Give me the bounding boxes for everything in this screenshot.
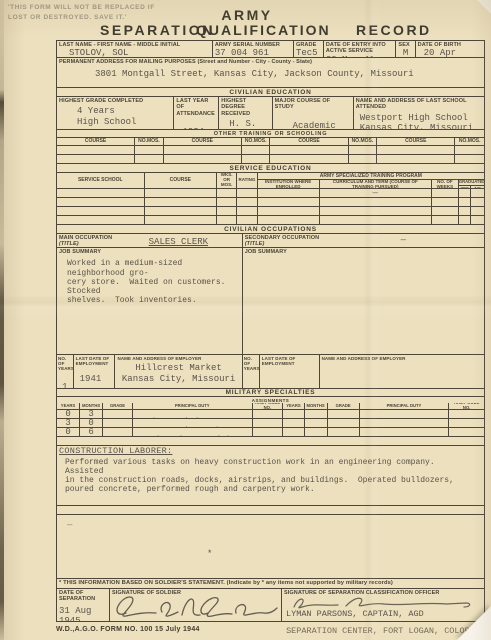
paper-fold-bottom-right <box>457 606 491 640</box>
empty-cell <box>449 428 484 436</box>
astp-yes-label: YES <box>460 187 468 188</box>
empty-cell <box>217 189 237 197</box>
highest-grade-value: 4 Years High School <box>59 104 171 127</box>
empty-cell <box>360 428 450 436</box>
empty-cell <box>164 146 242 154</box>
separation-date-cell: DATE OF SEPARATION 31 Aug 1945 <box>57 589 110 621</box>
title-qualification: QUALIFICATION <box>196 22 331 38</box>
employment-row: NO. OF YEARS 1 LAST DATE OF EMPLOYMENT 1… <box>57 355 484 389</box>
specialty-row-1: 0 3 Pvt Basic Training 521 <box>57 410 484 419</box>
employment-years-cell-left: NO. OF YEARS 1 <box>57 355 74 388</box>
main-job-summary-text: Worked in a medium-sized neighborhood gr… <box>59 255 240 305</box>
empty-cell <box>328 419 360 427</box>
service-education-row-4 <box>57 216 484 225</box>
empty-cell <box>349 146 378 154</box>
spec3-duty: Truck Driver, Light <box>135 435 238 436</box>
spec3-grade: Tec5 <box>105 435 127 436</box>
section-civilian-occupations: CIVILIAN OCCUPATIONS <box>57 225 484 234</box>
scan-edge-shadow <box>0 0 4 640</box>
empty-cell <box>432 207 459 215</box>
empty-cell <box>328 410 360 418</box>
form-number: W.D.,A.G.O. FORM NO. 100 15 July 1944 <box>56 626 200 633</box>
empty-cell <box>145 216 218 224</box>
empty-cell <box>164 155 242 163</box>
spec-years-label-r: YEARS <box>286 404 300 409</box>
last-school-value: Westport High School Kansas City, Missou… <box>356 111 482 129</box>
summary-conversions-label-row: SUMMARY OF MILITARY OCCUPATION AND CIVIL… <box>57 506 484 515</box>
officer-signature-cell: SIGNATURE OF SEPARATION CLASSIFICATION O… <box>282 589 484 621</box>
empty-cell <box>455 155 484 163</box>
service-education-row-1: — — <box>57 189 484 198</box>
specialty-row-2: 3 0 Tec5 Construction Laborer 188 <box>57 419 484 428</box>
svc-school-label: SERVICE SCHOOL <box>78 178 123 184</box>
spec2-duty: Construction Laborer <box>135 426 243 427</box>
ot-course-label-3: COURSE <box>298 139 319 145</box>
name-cell: LAST NAME - FIRST NAME - MIDDLE INITIAL … <box>57 41 213 57</box>
degree-value: H. S. Diploma <box>221 117 269 129</box>
empty-cell <box>432 198 459 206</box>
empty-cell <box>57 155 135 163</box>
degree-cell: HIGHEST DEGREE RECEIVED H. S. Diploma <box>219 97 272 129</box>
empty-cell <box>258 216 320 224</box>
empty-cell <box>432 189 459 197</box>
main-job-summary-cell: JOB SUMMARY Worked in a medium-sized nei… <box>57 248 243 354</box>
secondary-occupation-title-paren: (TITLE) <box>245 241 265 247</box>
secondary-occupation-value: — <box>325 235 482 246</box>
spec-code-label-l: ARMY CODE NO. <box>255 403 281 409</box>
major-course-label: MAJOR COURSE OF STUDY <box>275 98 351 111</box>
summary-military-body-row: CONSTRUCTION LABORER: Performed various … <box>57 446 484 506</box>
empty-cell <box>459 216 472 224</box>
section-civilian-education: CIVILIAN EDUCATION <box>57 88 484 97</box>
empty-cell <box>459 189 472 197</box>
empty-cell <box>305 410 328 418</box>
footnote-text: * THIS INFORMATION BASED ON SOLDIER'S ST… <box>59 580 393 587</box>
empty-cell <box>283 410 304 418</box>
astp-header-cell: ARMY SPECIALIZED TRAINING PROGRAM INSTIT… <box>258 173 484 188</box>
ot-mos-label-4: NO.MOS. <box>459 139 481 145</box>
footnote-row: * THIS INFORMATION BASED ON SOLDIER'S ST… <box>57 579 484 589</box>
empty-cell <box>471 198 484 206</box>
employment-date-cell-right: LAST DATE OF EMPLOYMENT <box>260 355 320 388</box>
empty-cell <box>145 189 218 197</box>
spec-months-label-l: MONTHS <box>82 404 100 409</box>
empty-cell <box>349 155 378 163</box>
ot-mos-label-3: NO.MOS. <box>352 139 374 145</box>
sex-value: M <box>398 48 412 57</box>
empty-cell <box>135 155 164 163</box>
empty-cell <box>320 216 432 224</box>
summary-military-label-row: SUMMARY OF MILITARY OCCUPATION AND CIVIL… <box>57 437 484 446</box>
empty-cell <box>258 189 320 197</box>
sex-cell: SEX M <box>396 41 415 57</box>
birth-date-cell: DATE OF BIRTH 20 Apr 1917 <box>416 41 484 57</box>
empty-cell <box>283 428 304 436</box>
degree-label: HIGHEST DEGREE RECEIVED <box>221 98 269 117</box>
secondary-occupation-label: SECONDARY OCCUPATION <box>245 235 320 241</box>
empty-cell <box>258 207 320 215</box>
job-summary-row: JOB SUMMARY Worked in a medium-sized nei… <box>57 248 484 355</box>
major-course-cell: MAJOR COURSE OF STUDY Academic <box>273 97 354 129</box>
specialties-header: YEARS MONTHS GRADE PRINCIPAL DUTY ARMY C… <box>57 403 484 410</box>
astp-graduated-cell: GRADUATED YES NO <box>459 180 484 188</box>
employment-date-label-left: LAST DATE OF EMPLOYMENT <box>76 356 113 366</box>
empty-cell <box>135 146 164 154</box>
spec1-years: 0 <box>65 410 70 418</box>
grade-value: Tec5 <box>296 48 321 57</box>
main-occupation-label: MAIN OCCUPATION <box>59 235 112 241</box>
empty-cell <box>459 207 472 215</box>
empty-cell <box>305 419 328 427</box>
empty-cell <box>237 198 257 206</box>
empty-cell <box>471 189 484 197</box>
spec-code-label-r: ARMY CODE NO. <box>451 403 482 409</box>
empty-cell <box>320 198 432 206</box>
empty-cell <box>237 216 257 224</box>
title-army: ARMY <box>197 7 297 23</box>
service-education-row-2 <box>57 198 484 207</box>
employment-years-label-right: NO. OF YEARS <box>244 356 258 372</box>
serial-cell: ARMY SERIAL NUMBER 37 004 961 <box>213 41 294 57</box>
address-value: 3801 Montgall Street, Kansas City, Jacks… <box>59 65 482 79</box>
employment-date-cell-left: LAST DATE OF EMPLOYMENT 1941 <box>74 355 116 388</box>
empty-cell <box>449 419 484 427</box>
address-cell: PERMANENT ADDRESS FOR MAILING PURPOSES (… <box>57 58 484 87</box>
secondary-job-summary-label: JOB SUMMARY <box>245 249 482 255</box>
spec2-grade: Tec5 <box>105 426 127 427</box>
officer-signature-label: SIGNATURE OF SEPARATION CLASSIFICATION O… <box>284 590 482 596</box>
last-year-label: LAST YEAR OF ATTENDANCE <box>176 98 216 117</box>
employment-years-cell-right: NO. OF YEARS <box>243 355 260 388</box>
last-school-label: NAME AND ADDRESS OF LAST SCHOOL ATTENDED <box>356 98 482 111</box>
svc-school-dash: — <box>59 196 64 197</box>
occupation-title-row: MAIN OCCUPATION (TITLE) SALES CLERK SECO… <box>57 234 484 248</box>
stamp-line1: 'THIS FORM WILL NOT BE REPLACED IF <box>8 3 155 13</box>
svc-rating-label: RATING <box>238 178 255 183</box>
ot-course-label-2: COURSE <box>192 139 213 145</box>
entry-date-label: DATE OF ENTRY INTO ACTIVE SERVICE <box>326 42 394 55</box>
grade-cell: GRADE Tec5 <box>294 41 324 57</box>
summary-military-heading: CONSTRUCTION LABORER: <box>59 447 482 457</box>
spec3-years: 0 <box>65 428 70 436</box>
specialty-row-3: 0 6 Tec5 Truck Driver, Light 345 <box>57 428 484 437</box>
form-body: LAST NAME - FIRST NAME - MIDDLE INITIAL … <box>56 40 485 622</box>
empty-cell <box>449 410 484 418</box>
title-record: RECORD <box>356 22 432 38</box>
spec-months-label-r: MONTHS <box>307 404 325 409</box>
service-education-row-3 <box>57 207 484 216</box>
employment-date-value: 1941 <box>76 366 113 384</box>
ot-course-label-4: COURSE <box>405 139 426 145</box>
other-training-row-1: — <box>57 146 484 155</box>
identity-row: LAST NAME - FIRST NAME - MIDDLE INITIAL … <box>57 41 484 58</box>
spec-grade-label-r: GRADE <box>336 404 351 409</box>
empty-cell <box>242 146 271 154</box>
empty-cell <box>145 198 218 206</box>
summary-military-text: Performed various tasks on heavy constru… <box>59 457 482 495</box>
empty-cell <box>145 207 218 215</box>
secondary-job-summary-cell: JOB SUMMARY <box>243 248 484 354</box>
ot-mos-label-2: NO.MOS. <box>245 139 267 145</box>
main-occupation-title-paren: (TITLE) <box>59 241 79 247</box>
empty-cell <box>57 198 145 206</box>
empty-cell <box>283 419 304 427</box>
separation-date-label: DATE OF SEPARATION <box>59 590 107 603</box>
other-training-header: COURSE NO.MOS. COURSE NO.MOS. COURSE NO.… <box>57 138 484 146</box>
last-year-value: 1934 <box>176 117 216 129</box>
employment-years-label-left: NO. OF YEARS <box>58 356 72 372</box>
spec2-months: 0 <box>88 419 93 427</box>
empty-cell <box>328 428 360 436</box>
astp-weeks-label: NO. OF WEEKS <box>434 180 456 188</box>
employment-employer-cell-right: NAME AND ADDRESS OF EMPLOYER <box>320 355 484 388</box>
astp-title: ARMY SPECIALIZED TRAINING PROGRAM <box>258 173 484 180</box>
empty-cell <box>270 155 348 163</box>
soldier-signature-cell: SIGNATURE OF SOLDIER <box>110 589 282 621</box>
empty-cell <box>270 146 348 154</box>
last-school-cell: NAME AND ADDRESS OF LAST SCHOOL ATTENDED… <box>354 97 484 129</box>
ot-course-label-1: COURSE <box>85 139 106 145</box>
address-row: PERMANENT ADDRESS FOR MAILING PURPOSES (… <box>57 58 484 88</box>
separation-center-line: SEPARATION CENTER, FORT LOGAN, COLORADO <box>286 626 485 636</box>
empty-cell <box>432 216 459 224</box>
service-education-header: SERVICE SCHOOL COURSE WKS. OR MOS. RATIN… <box>57 173 484 189</box>
empty-cell <box>471 216 484 224</box>
soldier-signature-label: SIGNATURE OF SOLDIER <box>112 590 279 596</box>
empty-cell <box>57 207 145 215</box>
secondary-occupation-cell: SECONDARY OCCUPATION (TITLE) — <box>243 234 484 247</box>
birth-date-value: 20 Apr 1917 <box>418 48 482 57</box>
spec1-grade: Pvt <box>105 417 121 418</box>
signature-row: DATE OF SEPARATION 31 Aug 1945 SIGNATURE… <box>57 589 484 621</box>
last-year-cell: LAST YEAR OF ATTENDANCE 1934 <box>174 97 219 129</box>
empty-cell <box>305 428 328 436</box>
empty-cell <box>360 410 450 418</box>
scanned-form-page: 'THIS FORM WILL NOT BE REPLACED IF LOST … <box>0 0 491 640</box>
education-row: HIGHEST GRADE COMPLETED 4 Years High Sch… <box>57 97 484 130</box>
section-other-training: OTHER TRAINING OR SCHOOLING <box>57 130 484 138</box>
spec-grade-label-l: GRADE <box>110 404 125 409</box>
highest-grade-cell: HIGHEST GRADE COMPLETED 4 Years High Sch… <box>57 97 174 129</box>
astp-curriculum-dash: — <box>373 189 378 197</box>
summary-conversions-asterisk: * <box>207 549 212 559</box>
empty-cell <box>471 207 484 215</box>
spec3-months: 6 <box>88 428 93 436</box>
empty-cell <box>242 155 271 163</box>
astp-curriculum-label: CURRICULUM AND TERM (COURSE OF TRAINING … <box>322 180 429 188</box>
spec2-code: 188 <box>255 426 271 427</box>
entry-date-value: 20 Mar 41 <box>326 55 394 57</box>
empty-cell <box>360 419 450 427</box>
empty-cell <box>217 216 237 224</box>
name-value: STOLOV, SOL <box>59 48 210 57</box>
other-training-row-2 <box>57 155 484 164</box>
empty-cell <box>320 207 432 215</box>
entry-date-cell: DATE OF ENTRY INTO ACTIVE SERVICE 20 Mar… <box>324 41 397 57</box>
form-footer: W.D.,A.G.O. FORM NO. 100 15 July 1944 SE… <box>56 626 485 636</box>
empty-cell <box>237 207 257 215</box>
spec1-duty: Basic Training <box>135 417 211 418</box>
spec1-code: 521 <box>255 417 271 418</box>
empty-cell <box>459 198 472 206</box>
empty-cell <box>217 198 237 206</box>
section-military-specialties: MILITARY SPECIALTIES <box>57 389 484 397</box>
main-occupation-value: SALES CLERK <box>117 235 240 246</box>
employment-employer-cell-left: NAME AND ADDRESS OF EMPLOYER Hillcrest M… <box>115 355 242 388</box>
employment-years-value: 1 <box>58 372 72 388</box>
ot-mos-label-1: NO.MOS. <box>138 139 160 145</box>
spec-duty-label-r: PRINCIPAL DUTY <box>387 404 422 409</box>
ot-dash: — <box>59 153 64 154</box>
paper-fold-top-right <box>477 0 491 14</box>
empty-cell <box>377 155 455 163</box>
empty-cell <box>57 216 145 224</box>
spec2-years: 3 <box>65 419 70 427</box>
main-occupation-cell: MAIN OCCUPATION (TITLE) SALES CLERK <box>57 234 243 247</box>
spec-duty-label-l: PRINCIPAL DUTY <box>175 404 210 409</box>
officer-name: LYMAN PARSONS, CAPTAIN, AGD <box>286 610 424 620</box>
spec3-code: 345 <box>255 435 271 436</box>
section-service-education: SERVICE EDUCATION <box>57 164 484 173</box>
empty-cell <box>237 189 257 197</box>
astp-no-label: NO <box>475 187 481 188</box>
separation-date-value: 31 Aug 1945 <box>59 603 107 621</box>
svc-course-label: COURSE <box>170 178 191 184</box>
employment-employer-value: Hillcrest Market Kansas City, Missouri <box>117 361 239 384</box>
spec1-months: 3 <box>88 410 93 418</box>
svc-wks-label: WKS. OR MOS. <box>219 173 234 188</box>
employment-date-label-right: LAST DATE OF EMPLOYMENT <box>262 356 317 366</box>
major-course-value: Academic <box>275 111 351 129</box>
replacement-warning-stamp: 'THIS FORM WILL NOT BE REPLACED IF LOST … <box>8 3 155 23</box>
serial-value: 37 004 961 <box>215 48 291 57</box>
empty-cell <box>258 198 320 206</box>
empty-cell <box>377 146 455 154</box>
astp-institution-label: INSTITUTION WHERE ENROLLED <box>260 180 317 188</box>
spec-years-label-l: YEARS <box>61 404 75 409</box>
summary-conversions-dash: — <box>59 516 482 530</box>
empty-cell <box>455 146 484 154</box>
employment-employer-label-right: NAME AND ADDRESS OF EMPLOYER <box>322 356 482 361</box>
empty-cell <box>217 207 237 215</box>
summary-conversions-body-row: — * <box>57 515 484 579</box>
